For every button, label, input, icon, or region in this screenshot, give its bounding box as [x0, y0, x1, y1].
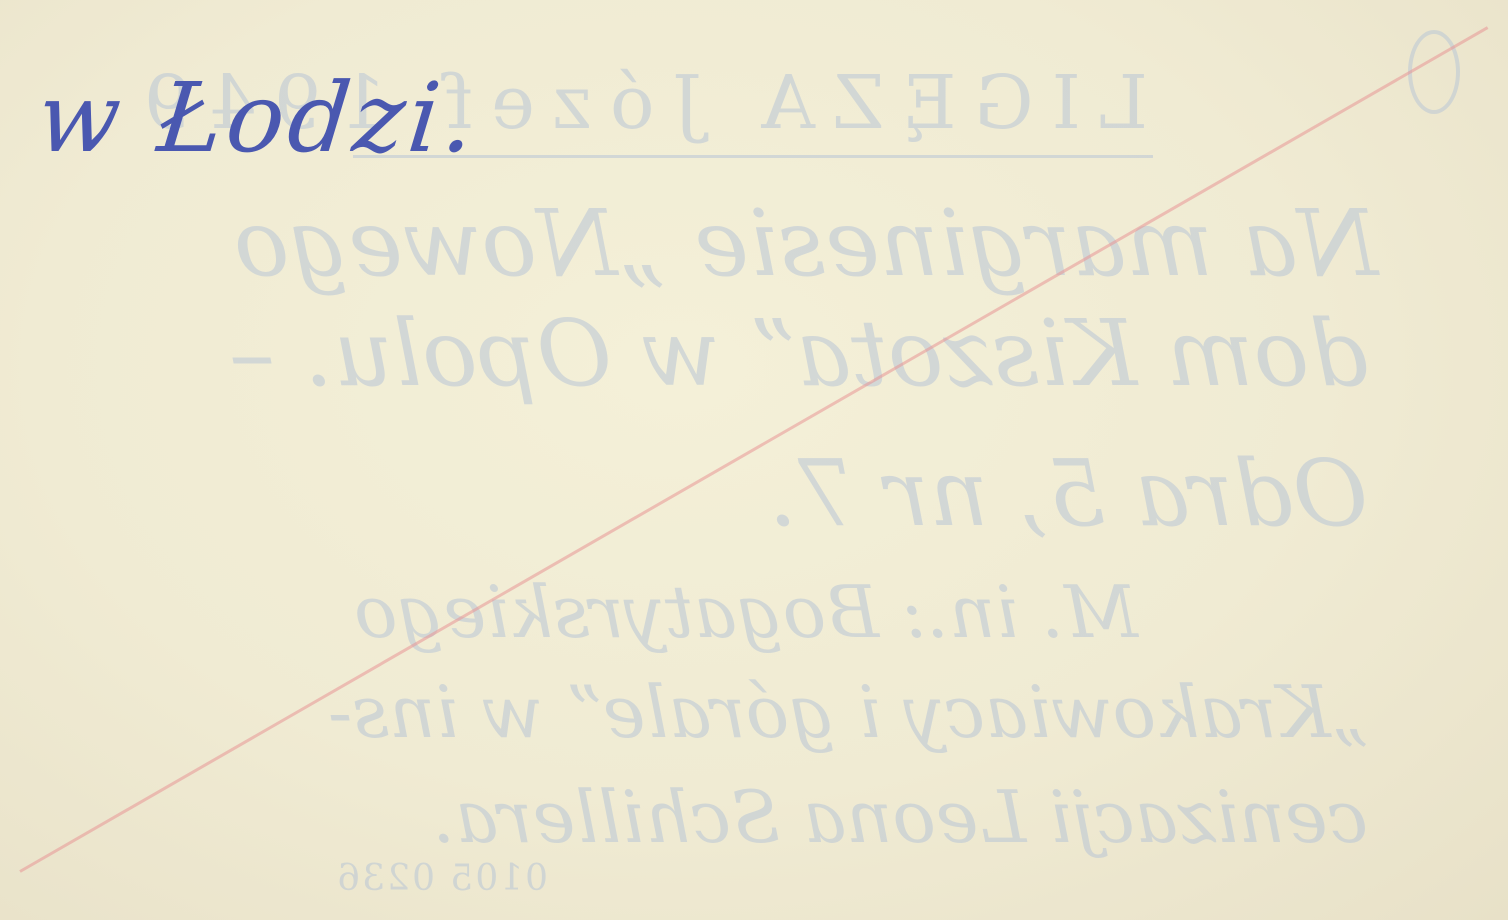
- show-through-line: Odra 5, nr 7.: [768, 440, 1368, 547]
- show-through-line: Na marginesie „Nowego: [234, 190, 1378, 297]
- show-through-line: dom Kiszota” w Opolu. –: [229, 300, 1368, 407]
- show-through-line: „Krakowiacy i górale” w ins-: [328, 670, 1368, 754]
- catalog-stamp: 0105 0236: [335, 858, 548, 899]
- show-through-line: cenizacji Leona Schillera.: [432, 775, 1368, 859]
- index-card: LIGĘZA Józef 1949 Na marginesie „Nowego …: [0, 0, 1508, 920]
- handwritten-heading: w Łodzi.: [32, 62, 484, 174]
- circle-mark: [1408, 30, 1460, 114]
